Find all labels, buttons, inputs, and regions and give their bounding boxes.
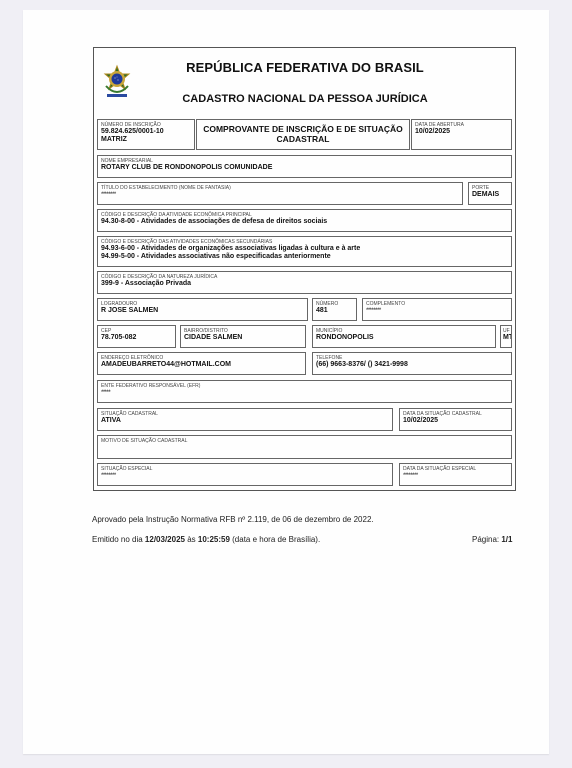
logradouro-value: R JOSE SALMEN	[101, 307, 304, 315]
data-situacao-especial-value: ********	[403, 472, 508, 480]
telefone-box: TELEFONE (66) 9663-8376/ () 3421-9998	[312, 352, 512, 375]
emission-suffix: (data e hora de Brasília).	[230, 535, 320, 544]
complemento-value: ********	[366, 307, 508, 315]
numero-box: NÚMERO 481	[312, 298, 357, 321]
bairro-value: CIDADE SALMEN	[184, 334, 302, 342]
situacao-especial-value: ********	[101, 472, 389, 480]
document-title: REPÚBLICA FEDERATIVA DO BRASIL	[130, 60, 480, 75]
motivo-situacao-box: MOTIVO DE SITUAÇÃO CADASTRAL	[97, 435, 512, 459]
comprovante-title-line1: COMPROVANTE DE INSCRIÇÃO E DE SITUAÇÃO	[200, 122, 406, 134]
complemento-box: COMPLEMENTO ********	[362, 298, 512, 321]
atividade-principal-value: 94.30-8-00 - Atividades de associações d…	[101, 218, 508, 226]
emission-info: Emitido no dia 12/03/2025 às 10:25:59 (d…	[92, 535, 320, 544]
emission-date: 12/03/2025	[145, 535, 185, 544]
atividade-principal-box: CÓDIGO E DESCRIÇÃO DA ATIVIDADE ECONÔMIC…	[97, 209, 512, 232]
inscricao-box: NÚMERO DE INSCRIÇÃO 59.824.625/0001-10 M…	[97, 119, 195, 150]
nome-empresarial-value: ROTARY CLUB DE RONDONOPOLIS COMUNIDADE	[101, 164, 508, 172]
data-abertura-box: DATA DE ABERTURA 10/02/2025	[411, 119, 512, 150]
data-situacao-cadastral-box: DATA DA SITUAÇÃO CADASTRAL 10/02/2025	[399, 408, 512, 431]
data-situacao-especial-box: DATA DA SITUAÇÃO ESPECIAL ********	[399, 463, 512, 486]
emission-mid: às	[185, 535, 198, 544]
uf-box: UFMT	[500, 325, 512, 348]
natureza-juridica-box: CÓDIGO E DESCRIÇÃO DA NATUREZA JURÍDICA …	[97, 271, 512, 294]
porte-value: DEMAIS	[472, 191, 508, 199]
logradouro-box: LOGRADOURO R JOSE SALMEN	[97, 298, 308, 321]
numero-value: 481	[316, 307, 353, 315]
porte-box: PORTE DEMAIS	[468, 182, 512, 205]
municipio-value: RONDONOPOLIS	[316, 334, 492, 342]
page-value: 1/1	[501, 535, 512, 544]
natureza-juridica-value: 399-9 - Associação Privada	[101, 280, 508, 288]
inscricao-number: 59.824.625/0001-10	[101, 128, 191, 136]
bairro-box: BAIRRO/DISTRITO CIDADE SALMEN	[180, 325, 306, 348]
motivo-situacao-label: MOTIVO DE SITUAÇÃO CADASTRAL	[101, 438, 508, 444]
situacao-cadastral-box: SITUAÇÃO CADASTRAL ATIVA	[97, 408, 393, 431]
nome-empresarial-box: NOME EMPRESARIAL ROTARY CLUB DE RONDONOP…	[97, 155, 512, 178]
data-abertura-value: 10/02/2025	[415, 128, 508, 136]
atividade-secundaria-item: 94.93-6-00 - Atividades de organizações …	[101, 245, 508, 253]
email-value: AMADEUBARRETO44@HOTMAIL.COM	[101, 361, 302, 369]
approval-note: Aprovado pela Instrução Normativa RFB nº…	[92, 515, 374, 524]
atividade-secundaria-item: 94.99-5-00 - Atividades associativas não…	[101, 253, 508, 261]
efr-box: ENTE FEDERATIVO RESPONSÁVEL (EFR) *****	[97, 380, 512, 403]
cep-box: CEP 78.705-082	[97, 325, 176, 348]
cep-value: 78.705-082	[101, 334, 172, 342]
page-indicator: Página: 1/1	[472, 535, 512, 544]
data-situacao-cadastral-value: 10/02/2025	[403, 417, 508, 425]
situacao-cadastral-value: ATIVA	[101, 417, 389, 425]
emission-prefix: Emitido no dia	[92, 535, 145, 544]
emission-time: 10:25:59	[198, 535, 230, 544]
atividades-secundarias-box: CÓDIGO E DESCRIÇÃO DAS ATIVIDADES ECONÔM…	[97, 236, 512, 267]
email-box: ENDEREÇO ELETRÔNICO AMADEUBARRETO44@HOTM…	[97, 352, 306, 375]
comprovante-box: COMPROVANTE DE INSCRIÇÃO E DE SITUAÇÃO C…	[196, 119, 410, 150]
brazil-coat-of-arms-icon	[102, 64, 132, 104]
document-subtitle: CADASTRO NACIONAL DA PESSOA JURÍDICA	[130, 93, 480, 105]
titulo-estabelecimento-value: ********	[101, 191, 459, 199]
efr-value: *****	[101, 389, 508, 397]
municipio-box: MUNICÍPIO RONDONOPOLIS	[312, 325, 496, 348]
inscricao-type: MATRIZ	[101, 136, 191, 144]
telefone-value: (66) 9663-8376/ () 3421-9998	[316, 361, 508, 369]
comprovante-title-line2: CADASTRAL	[200, 134, 406, 144]
page-label: Página:	[472, 535, 501, 544]
uf-value: MT	[503, 334, 510, 342]
titulo-estabelecimento-box: TÍTULO DO ESTABELECIMENTO (NOME DE FANTA…	[97, 182, 463, 205]
situacao-especial-box: SITUAÇÃO ESPECIAL ********	[97, 463, 393, 486]
